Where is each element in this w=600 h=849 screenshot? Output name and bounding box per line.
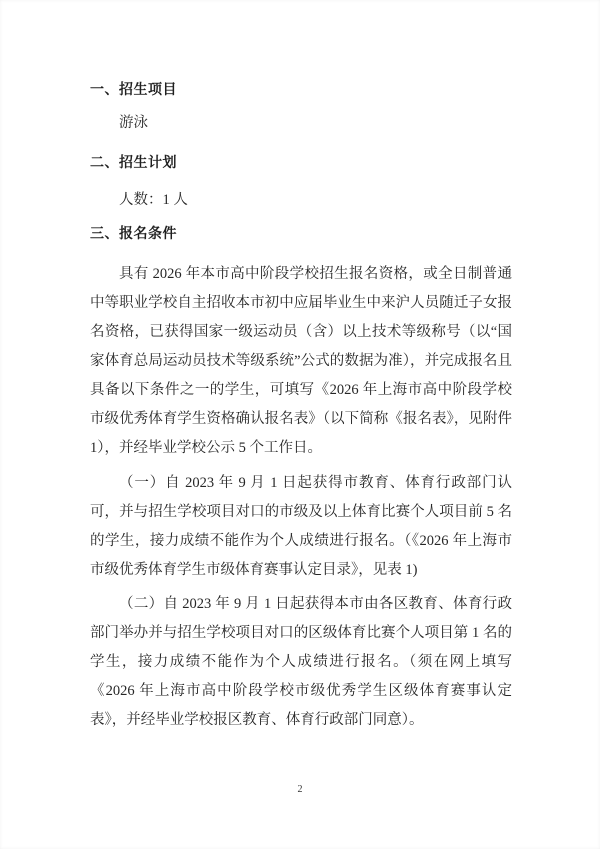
section-heading-enrollment-projects: 一、招生项目 — [90, 75, 512, 104]
section-heading-registration-conditions: 三、报名条件 — [90, 219, 512, 248]
enrollment-plan-item: 人数：1 人 — [90, 186, 512, 215]
page-number: 2 — [0, 783, 600, 797]
registration-conditions-intro-paragraph: 具有 2026 年本市高中阶段学校招生报名资格，或全日制普通中等职业学校自主招收… — [90, 260, 512, 463]
document-content: 一、招生项目 游泳 二、招生计划 人数：1 人 三、报名条件 具有 2026 年… — [0, 0, 600, 735]
document-page: 一、招生项目 游泳 二、招生计划 人数：1 人 三、报名条件 具有 2026 年… — [0, 0, 600, 849]
condition-two-paragraph: （二）自 2023 年 9 月 1 日起获得本市由各区教育、体育行政部门举办并与… — [90, 590, 512, 735]
enrollment-project-item: 游泳 — [90, 109, 512, 138]
section-heading-enrollment-plan: 二、招生计划 — [90, 148, 512, 177]
condition-one-paragraph: （一）自 2023 年 9 月 1 日起获得市教育、体育行政部门认可，并与招生学… — [90, 469, 512, 585]
